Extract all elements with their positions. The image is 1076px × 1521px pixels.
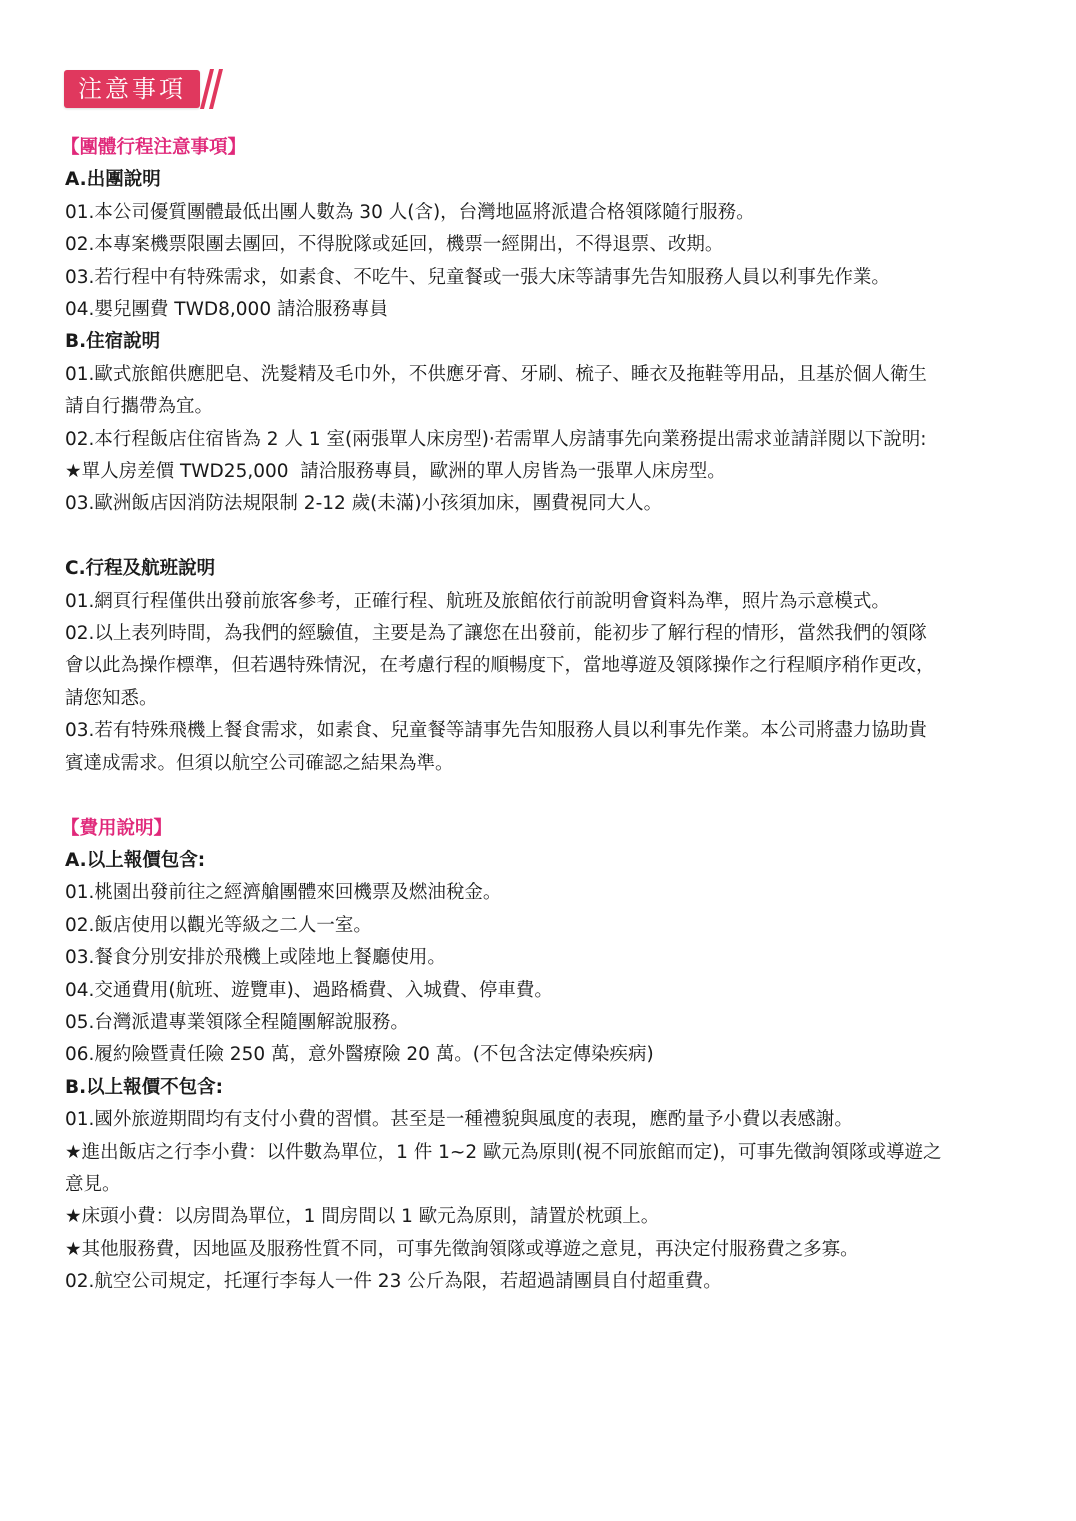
list-item: 意見。 (65, 1169, 1030, 1201)
list-item: 05.台灣派遣專業領隊全程隨團解說服務。 (65, 1007, 1030, 1039)
list-item: 02.航空公司規定，托運行李每人一件 23 公斤為限，若超過請團員自付超重費。 (65, 1266, 1030, 1298)
fee-notes-title: 【費用說明】 (61, 813, 1030, 845)
excluded-subtitle: B.以上報價不包含: (65, 1072, 1030, 1104)
list-item: 請您知悉。 (65, 683, 1030, 715)
list-item: 02.以上表列時間，為我們的經驗值，主要是為了讓您在出發前，能初步了解行程的情形… (65, 618, 1030, 650)
list-item: ★床頭小費：以房間為單位，1 間房間以 1 歐元為原則，請置於枕頭上。 (65, 1201, 1030, 1233)
list-item: 賓達成需求。但須以航空公司確認之結果為準。 (65, 748, 1030, 780)
list-item: 02.飯店使用以觀光等級之二人一室。 (65, 910, 1030, 942)
group-notes-title: 【團體行程注意事項】 (61, 132, 1030, 164)
list-item: 03.若行程中有特殊需求，如素食、不吃牛、兒童餐或一張大床等請事先告知服務人員以… (65, 262, 1030, 294)
list-item: 03.餐食分別安排於飛機上或陸地上餐廳使用。 (65, 942, 1030, 974)
list-item: 01.國外旅遊期間均有支付小費的習慣。甚至是一種禮貌與風度的表現，應酌量予小費以… (65, 1104, 1030, 1136)
list-item: 01.桃園出發前往之經濟艙團體來回機票及燃油稅金。 (65, 877, 1030, 909)
list-item: ★單人房差價 TWD25,000 請洽服務專員，歐洲的單人房皆為一張單人床房型。 (65, 456, 1030, 488)
list-item: 請自行攜帶為宜。 (65, 391, 1030, 423)
list-item: 03.歐洲飯店因消防法規限制 2-12 歲(未滿)小孩須加床，團費視同大人。 (65, 488, 1030, 520)
list-item: 02.本行程飯店住宿皆為 2 人 1 室(兩張單人床房型)·若需單人房請事先向業… (65, 424, 1030, 456)
list-item: 02.本專案機票限團去團回，不得脫隊或延回，機票一經開出，不得退票、改期。 (65, 229, 1030, 261)
notice-content: 【團體行程注意事項】 A.出團說明 01.本公司優質團體最低出團人數為 30 人… (65, 132, 1030, 1299)
accommodation-subtitle: B.住宿說明 (65, 326, 1030, 358)
list-item: 04.交通費用(航班、遊覽車)、過路橋費、入城費、停車費。 (65, 975, 1030, 1007)
notice-banner: 注意事項 (64, 70, 218, 108)
banner-label-box: 注意事項 (64, 70, 200, 108)
list-item: ★進出飯店之行李小費：以件數為單位，1 件 1~2 歐元為原則(視不同旅館而定)… (65, 1137, 1030, 1169)
banner-title: 注意事項 (78, 70, 186, 108)
list-item: 03.若有特殊飛機上餐食需求，如素食、兒童餐等請事先告知服務人員以利事先作業。本… (65, 715, 1030, 747)
departure-subtitle: A.出團說明 (65, 164, 1030, 196)
itinerary-flight-subtitle: C.行程及航班說明 (65, 553, 1030, 585)
list-item: 04.嬰兒團費 TWD8,000 請洽服務專員 (65, 294, 1030, 326)
included-subtitle: A.以上報價包含: (65, 845, 1030, 877)
list-item: 01.網頁行程僅供出發前旅客參考，正確行程、航班及旅館依行前說明會資料為準，照片… (65, 586, 1030, 618)
list-item: 01.歐式旅館供應肥皂、洗髮精及毛巾外，不供應牙膏、牙刷、梳子、睡衣及拖鞋等用品… (65, 359, 1030, 391)
list-item: ★其他服務費，因地區及服務性質不同，可事先徵詢領隊或導遊之意見，再決定付服務費之… (65, 1234, 1030, 1266)
list-item: 會以此為操作標準，但若遇特殊情況，在考慮行程的順暢度下，當地導遊及領隊操作之行程… (65, 650, 1030, 682)
list-item: 06.履約險暨責任險 250 萬，意外醫療險 20 萬。(不包含法定傳染疾病) (65, 1039, 1030, 1071)
spacer (65, 780, 1030, 812)
list-item: 01.本公司優質團體最低出團人數為 30 人(含)，台灣地區將派遣合格領隊隨行服… (65, 197, 1030, 229)
spacer (65, 521, 1030, 553)
